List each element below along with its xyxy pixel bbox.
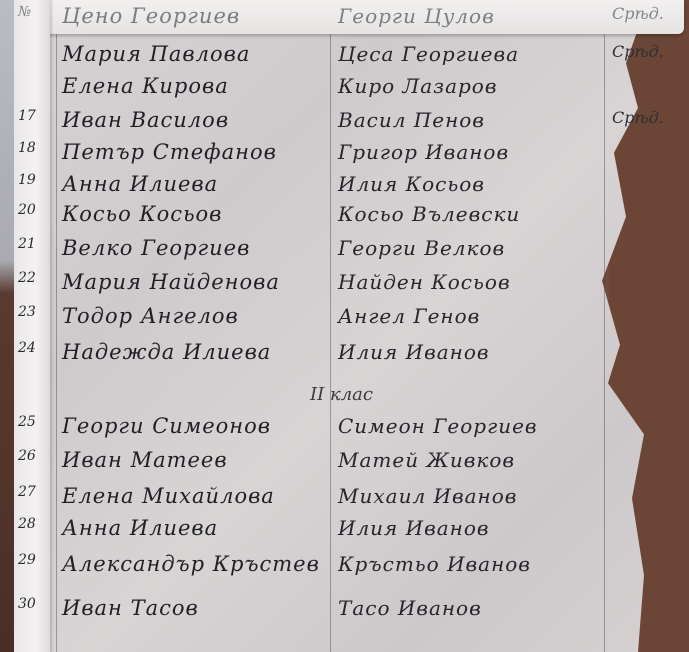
row-number: 27	[18, 484, 48, 500]
pupil-name: Елена Михайлова	[62, 484, 322, 508]
pupil-name: Иван Тасов	[62, 596, 322, 620]
row-note: Срѣд.	[612, 4, 652, 23]
parent-name: Ангел Генов	[338, 304, 598, 328]
table-row: 26 Иван Матеев Матей Живков	[0, 448, 689, 478]
parent-name: Косьо Вълевски	[338, 202, 598, 226]
row-number: 18	[18, 140, 48, 156]
pupil-name: Цено Георгиев	[62, 4, 322, 28]
register-rows: № Цено Георгиев Георги Цулов Срѣд. Мария…	[0, 0, 689, 652]
table-row: 21 Велко Георгиев Георги Велков	[0, 236, 689, 266]
row-number: 19	[18, 172, 48, 188]
parent-name: Матей Живков	[338, 448, 598, 472]
parent-name: Симеон Георгиев	[338, 414, 598, 438]
table-row: 25 Георги Симеонов Симеон Георгиев	[0, 414, 689, 444]
row-note: Срѣд.	[612, 42, 652, 61]
row-number: №	[18, 4, 48, 20]
pupil-name: Анна Илиева	[62, 172, 322, 196]
pupil-name: Велко Георгиев	[62, 236, 322, 260]
table-row: 27 Елена Михайлова Михаил Иванов	[0, 484, 689, 514]
parent-name: Георги Цулов	[338, 4, 598, 28]
table-row: 28 Анна Илиева Илия Иванов	[0, 516, 689, 546]
row-note: Срѣд.	[612, 108, 652, 127]
parent-name: Илия Иванов	[338, 340, 598, 364]
table-row: 24 Надежда Илиева Илия Иванов	[0, 340, 689, 370]
row-number: 24	[18, 340, 48, 356]
parent-name: Васил Пенов	[338, 108, 598, 132]
table-row: 18 Петър Стефанов Григор Иванов	[0, 140, 689, 170]
row-number: 30	[18, 596, 48, 612]
pupil-name: Александър Кръстев	[62, 552, 322, 576]
table-row: Елена Кирова Киро Лазаров	[0, 74, 689, 104]
pupil-name: Тодор Ангелов	[62, 304, 322, 328]
table-row: 22 Мария Найденова Найден Косьов	[0, 270, 689, 300]
pupil-name: Елена Кирова	[62, 74, 322, 98]
pupil-name: Иван Василов	[62, 108, 322, 132]
pupil-name: Надежда Илиева	[62, 340, 322, 364]
pupil-name: Анна Илиева	[62, 516, 322, 540]
parent-name: Илия Иванов	[338, 516, 598, 540]
row-number: 23	[18, 304, 48, 320]
pupil-name: Иван Матеев	[62, 448, 322, 472]
parent-name: Григор Иванов	[338, 140, 598, 164]
row-number: 20	[18, 202, 48, 218]
row-number: 28	[18, 516, 48, 532]
row-number: 17	[18, 108, 48, 124]
parent-name: Михаил Иванов	[338, 484, 598, 508]
table-row-partial: № Цено Георгиев Георги Цулов Срѣд.	[0, 4, 689, 34]
table-row: Мария Павлова Цеса Георгиева Срѣд.	[0, 42, 689, 72]
row-number: 21	[18, 236, 48, 252]
parent-name: Цеса Георгиева	[338, 42, 598, 66]
pupil-name: Петър Стефанов	[62, 140, 322, 164]
table-row: 19 Анна Илиева Илия Косьов	[0, 172, 689, 202]
row-number: 22	[18, 270, 48, 286]
table-row: 29 Александър Кръстев Кръстьо Иванов	[0, 552, 689, 582]
table-row: 17 Иван Василов Васил Пенов Срѣд.	[0, 108, 689, 138]
table-row: 30 Иван Тасов Тасо Иванов	[0, 596, 689, 626]
pupil-name: Георги Симеонов	[62, 414, 322, 438]
pupil-name: Косьо Косьов	[62, 202, 322, 226]
row-number: 25	[18, 414, 48, 430]
table-row: 20 Косьо Косьов Косьо Вълевски	[0, 202, 689, 232]
row-number: 26	[18, 448, 48, 464]
parent-name: Тасо Иванов	[338, 596, 598, 620]
section-heading: II клас	[310, 384, 373, 405]
parent-name: Илия Косьов	[338, 172, 598, 196]
parent-name: Найден Косьов	[338, 270, 598, 294]
row-number: 29	[18, 552, 48, 568]
parent-name: Георги Велков	[338, 236, 598, 260]
pupil-name: Мария Найденова	[62, 270, 322, 294]
pupil-name: Мария Павлова	[62, 42, 322, 66]
parent-name: Кръстьо Иванов	[338, 552, 598, 576]
parent-name: Киро Лазаров	[338, 74, 598, 98]
table-row: 23 Тодор Ангелов Ангел Генов	[0, 304, 689, 334]
